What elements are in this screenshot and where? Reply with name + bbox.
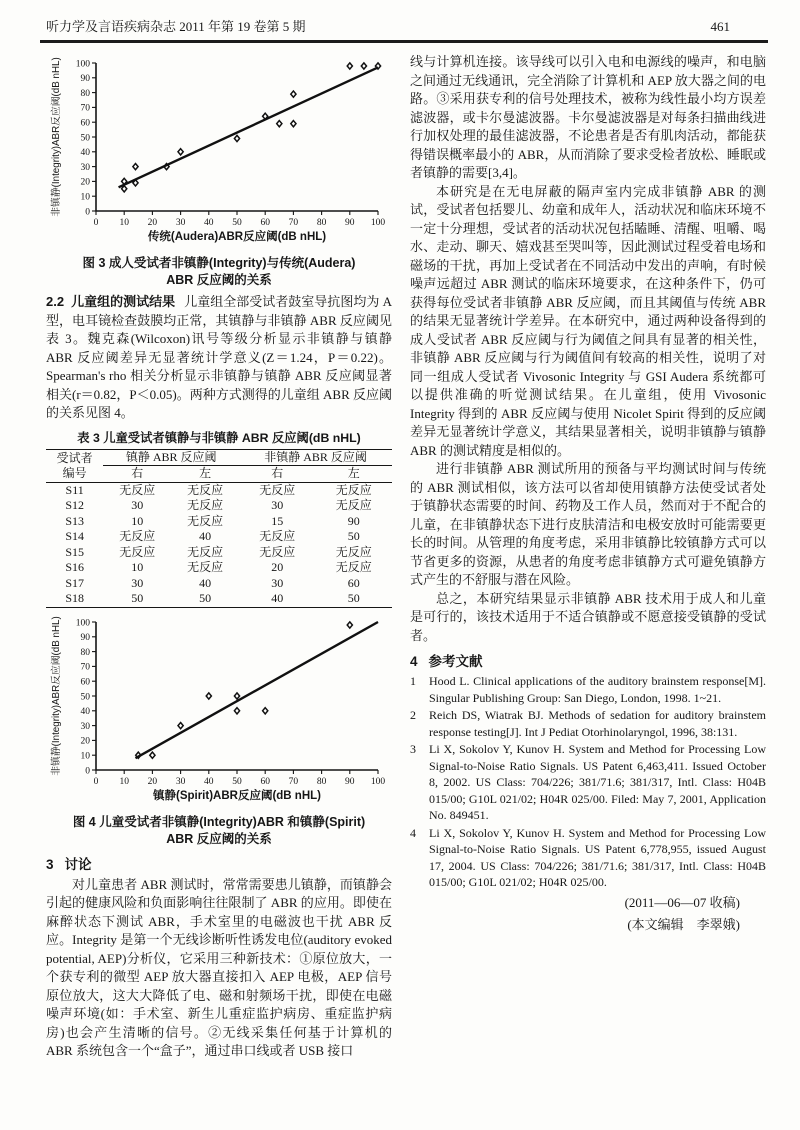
table3-subheader-left1: 左 <box>171 466 239 483</box>
svg-text:20: 20 <box>148 218 158 228</box>
scatter-plot-svg: 0102030405060708090100010203040506070809… <box>48 612 390 812</box>
table3-group-nonsedated: 非镇静 ABR 反应阈 <box>239 449 392 466</box>
data-point <box>263 707 268 713</box>
svg-text:20: 20 <box>148 777 158 787</box>
data-point <box>347 621 352 627</box>
threshold-value: 无反应 <box>239 482 315 498</box>
table3-subheader-right1: 右 <box>103 466 171 483</box>
svg-text:10: 10 <box>119 218 129 228</box>
reference-text: Li X, Sokolov Y, Kunov H. System and Met… <box>429 825 766 891</box>
svg-text:50: 50 <box>81 133 91 143</box>
reference-item: 3Li X, Sokolov Y, Kunov H. System and Me… <box>410 741 766 824</box>
svg-text:40: 40 <box>204 777 214 787</box>
subject-id: S11 <box>46 482 103 498</box>
references-title: 参考文献 <box>429 654 483 669</box>
section-2-2-body: 儿童组全部受试者鼓室导抗图均为 A 型，电耳镜检查鼓膜均正常，其镇静与非镇静 A… <box>46 294 392 420</box>
figure3-caption-line2: ABR 反应阈的关系 <box>46 272 392 289</box>
figure4-caption: 图 4 儿童受试者非镇静(Integrity)ABR 和镇静(Spirit) A… <box>46 814 392 848</box>
threshold-value: 60 <box>316 576 392 592</box>
page-number: 461 <box>711 19 731 35</box>
page-body: 0102030405060708090100010203040506070809… <box>0 43 800 1061</box>
data-point <box>291 121 296 127</box>
svg-text:70: 70 <box>289 218 299 228</box>
subject-id: S17 <box>46 576 103 592</box>
svg-text:70: 70 <box>81 104 91 114</box>
paragraph-conclusion: 总之，本研究结果显示非镇静 ABR 技术用于成人和儿童是可行的，该技术适用于不适… <box>410 590 766 646</box>
threshold-value: 15 <box>239 514 315 530</box>
threshold-value: 10 <box>103 560 171 576</box>
table-row: S1850504050 <box>46 591 392 607</box>
table3-header: 受试者 编号 镇静 ABR 反应阈 非镇静 ABR 反应阈 右 左 右 左 <box>46 449 392 482</box>
threshold-value: 无反应 <box>239 529 315 545</box>
threshold-value: 无反应 <box>171 482 239 498</box>
svg-text:30: 30 <box>176 777 186 787</box>
table-row: S11无反应无反应无反应无反应 <box>46 482 392 498</box>
reference-number: 2 <box>410 707 420 740</box>
x-axis-label: 传统(Audera)ABR反应阈(dB nHL) <box>147 229 326 243</box>
svg-text:100: 100 <box>371 218 386 228</box>
data-point <box>234 692 239 698</box>
section-2-2-number: 2.2 <box>46 294 64 309</box>
journal-title: 听力学及言语疾病杂志 2011 年第 19 卷第 5 期 <box>46 16 306 35</box>
threshold-value: 20 <box>239 560 315 576</box>
section-2-2-paragraph: 2.2儿童组的测试结果儿童组全部受试者鼓室导抗图均为 A 型，电耳镜检查鼓膜均正… <box>46 293 392 423</box>
threshold-value: 30 <box>103 576 171 592</box>
reference-number: 4 <box>410 825 420 891</box>
table3-title: 表 3 儿童受试者镇静与非镇静 ABR 反应阈(dB nHL) <box>46 428 392 446</box>
journal-page: 听力学及言语疾病杂志 2011 年第 19 卷第 5 期 461 0102030… <box>0 0 800 1130</box>
data-point <box>133 164 138 170</box>
threshold-value: 无反应 <box>316 560 392 576</box>
table3-subject-line2: 编号 <box>48 466 101 481</box>
y-axis-label: 非镇静(Integrity)ABR反应阈(dB nHL) <box>49 616 62 776</box>
reference-text: Reich DS, Wiatrak BJ. Methods of sedatio… <box>429 707 766 740</box>
figure4-caption-line1: 图 4 儿童受试者非镇静(Integrity)ABR 和镇静(Spirit) <box>46 814 392 831</box>
data-point <box>234 135 239 141</box>
figure4-scatter-plot: 0102030405060708090100010203040506070809… <box>46 612 392 812</box>
svg-text:70: 70 <box>81 662 91 672</box>
data-point <box>150 752 155 758</box>
figure4-caption-line2: ABR 反应阈的关系 <box>46 831 392 848</box>
editor-note: (本文编辑 李翠娥) <box>410 914 766 936</box>
table3-subheader-right2: 右 <box>239 466 315 483</box>
y-axis-label: 非镇静(Integrity)ABR反应阈(dB nHL) <box>49 57 62 217</box>
regression-line <box>119 67 378 187</box>
received-date: (2011—06—07 收稿) <box>410 892 766 914</box>
threshold-value: 30 <box>239 498 315 514</box>
threshold-value: 无反应 <box>103 545 171 561</box>
table-row: S1230无反应30无反应 <box>46 498 392 514</box>
svg-text:90: 90 <box>81 633 91 643</box>
reference-item: 2Reich DS, Wiatrak BJ. Methods of sedati… <box>410 707 766 740</box>
svg-text:10: 10 <box>81 193 91 203</box>
references-number: 4 <box>410 654 418 669</box>
reference-list: 1Hood L. Clinical applications of the au… <box>410 673 766 891</box>
subject-id: S12 <box>46 498 103 514</box>
table3-subject-header: 受试者 编号 <box>46 449 103 482</box>
svg-text:100: 100 <box>371 777 386 787</box>
svg-text:80: 80 <box>317 218 327 228</box>
threshold-value: 40 <box>239 591 315 607</box>
threshold-value: 50 <box>103 591 171 607</box>
discussion-paragraph: 对儿童患者 ABR 测试时，常常需要患儿镇静，而镇静会引起的健康风险和负面影响往… <box>46 876 392 1061</box>
figure-4: 0102030405060708090100010203040506070809… <box>46 612 392 848</box>
figure-3: 0102030405060708090100010203040506070809… <box>46 53 392 289</box>
threshold-value: 无反应 <box>316 498 392 514</box>
reference-text: Li X, Sokolov Y, Kunov H. System and Met… <box>429 741 766 824</box>
regression-line <box>135 622 378 758</box>
svg-text:80: 80 <box>317 777 327 787</box>
svg-text:10: 10 <box>81 751 91 761</box>
threshold-value: 50 <box>316 529 392 545</box>
right-column: 线与计算机连接。该导线可以引入电和电源线的噪声，和电脑之间通过无线通讯，完全消除… <box>410 53 766 1061</box>
svg-text:50: 50 <box>81 692 91 702</box>
subject-id: S18 <box>46 591 103 607</box>
subject-id: S14 <box>46 529 103 545</box>
paragraph-study: 本研究是在无电屏蔽的隔声室内完成非镇静 ABR 的测试，受试者包括婴儿、幼童和成… <box>410 183 766 461</box>
references-heading: 4参考文献 <box>410 650 766 670</box>
figure3-caption: 图 3 成人受试者非镇静(Integrity)与传统(Audera) ABR 反… <box>46 255 392 289</box>
svg-text:90: 90 <box>345 777 355 787</box>
svg-text:0: 0 <box>94 218 99 228</box>
figure3-scatter-plot: 0102030405060708090100010203040506070809… <box>46 53 392 253</box>
page-header: 听力学及言语疾病杂志 2011 年第 19 卷第 5 期 461 <box>0 0 800 40</box>
data-point <box>291 91 296 97</box>
reference-number: 3 <box>410 741 420 824</box>
svg-text:30: 30 <box>176 218 186 228</box>
threshold-value: 无反应 <box>103 482 171 498</box>
svg-text:90: 90 <box>345 218 355 228</box>
discussion-heading: 3讨论 <box>46 853 392 873</box>
threshold-value: 40 <box>171 576 239 592</box>
x-axis-label: 镇静(Spirit)ABR反应阈(dB nHL) <box>152 788 321 802</box>
threshold-value: 无反应 <box>171 514 239 530</box>
svg-text:100: 100 <box>76 59 91 69</box>
data-point <box>234 707 239 713</box>
subject-id: S15 <box>46 545 103 561</box>
svg-text:0: 0 <box>85 766 90 776</box>
svg-text:40: 40 <box>81 148 91 158</box>
table3-subheader-left2: 左 <box>316 466 392 483</box>
svg-text:30: 30 <box>81 721 91 731</box>
discussion-title: 讨论 <box>65 857 92 872</box>
svg-text:100: 100 <box>76 618 91 628</box>
subject-id: S16 <box>46 560 103 576</box>
threshold-value: 无反应 <box>103 529 171 545</box>
threshold-value: 50 <box>171 591 239 607</box>
data-point <box>206 692 211 698</box>
data-point <box>277 121 282 127</box>
reference-item: 4Li X, Sokolov Y, Kunov H. System and Me… <box>410 825 766 891</box>
svg-text:50: 50 <box>232 777 242 787</box>
subject-id: S13 <box>46 514 103 530</box>
svg-text:80: 80 <box>81 647 91 657</box>
threshold-value: 无反应 <box>316 545 392 561</box>
threshold-value: 90 <box>316 514 392 530</box>
figure3-caption-line1: 图 3 成人受试者非镇静(Integrity)与传统(Audera) <box>46 255 392 272</box>
data-point <box>347 63 352 69</box>
svg-text:20: 20 <box>81 178 91 188</box>
reference-text: Hood L. Clinical applications of the aud… <box>429 673 766 706</box>
chart-axes <box>96 622 378 770</box>
svg-text:90: 90 <box>81 74 91 84</box>
data-point <box>178 722 183 728</box>
svg-text:40: 40 <box>81 707 91 717</box>
table-row: S14无反应40无反应50 <box>46 529 392 545</box>
svg-text:60: 60 <box>81 119 91 129</box>
chart-axes <box>96 63 378 211</box>
threshold-value: 40 <box>171 529 239 545</box>
threshold-value: 无反应 <box>171 545 239 561</box>
svg-text:60: 60 <box>81 677 91 687</box>
threshold-value: 无反应 <box>239 545 315 561</box>
paragraph-time: 进行非镇静 ABR 测试所用的预备与平均测试时间与传统的 ABR 测试相似，该方… <box>410 460 766 590</box>
reference-item: 1Hood L. Clinical applications of the au… <box>410 673 766 706</box>
svg-text:0: 0 <box>94 777 99 787</box>
table-row: S1610无反应20无反应 <box>46 560 392 576</box>
table-row: S1310无反应1590 <box>46 514 392 530</box>
table-row: S15无反应无反应无反应无反应 <box>46 545 392 561</box>
svg-text:50: 50 <box>232 218 242 228</box>
left-column: 0102030405060708090100010203040506070809… <box>46 53 392 1061</box>
svg-text:0: 0 <box>85 207 90 217</box>
threshold-value: 30 <box>103 498 171 514</box>
threshold-value: 无反应 <box>171 560 239 576</box>
svg-text:80: 80 <box>81 89 91 99</box>
table-row: S1730403060 <box>46 576 392 592</box>
svg-text:60: 60 <box>260 777 270 787</box>
threshold-value: 30 <box>239 576 315 592</box>
threshold-value: 无反应 <box>316 482 392 498</box>
svg-text:10: 10 <box>119 777 129 787</box>
discussion-number: 3 <box>46 857 54 872</box>
data-point <box>178 149 183 155</box>
reference-number: 1 <box>410 673 420 706</box>
section-2-2-title: 儿童组的测试结果 <box>71 294 175 309</box>
table3-subject-line1: 受试者 <box>48 451 101 466</box>
svg-text:60: 60 <box>260 218 270 228</box>
table3-group-sedated: 镇静 ABR 反应阈 <box>103 449 239 466</box>
table3: 受试者 编号 镇静 ABR 反应阈 非镇静 ABR 反应阈 右 左 右 左 S1… <box>46 449 392 608</box>
paragraph-continuation: 线与计算机连接。该导线可以引入电和电源线的噪声，和电脑之间通过无线通讯，完全消除… <box>410 53 766 183</box>
threshold-value: 无反应 <box>171 498 239 514</box>
data-point <box>361 63 366 69</box>
svg-text:40: 40 <box>204 218 214 228</box>
table3-body: S11无反应无反应无反应无反应S1230无反应30无反应S1310无反应1590… <box>46 482 392 607</box>
scatter-plot-svg: 0102030405060708090100010203040506070809… <box>48 53 390 253</box>
threshold-value: 10 <box>103 514 171 530</box>
svg-text:30: 30 <box>81 163 91 173</box>
svg-text:20: 20 <box>81 736 91 746</box>
threshold-value: 50 <box>316 591 392 607</box>
svg-text:70: 70 <box>289 777 299 787</box>
